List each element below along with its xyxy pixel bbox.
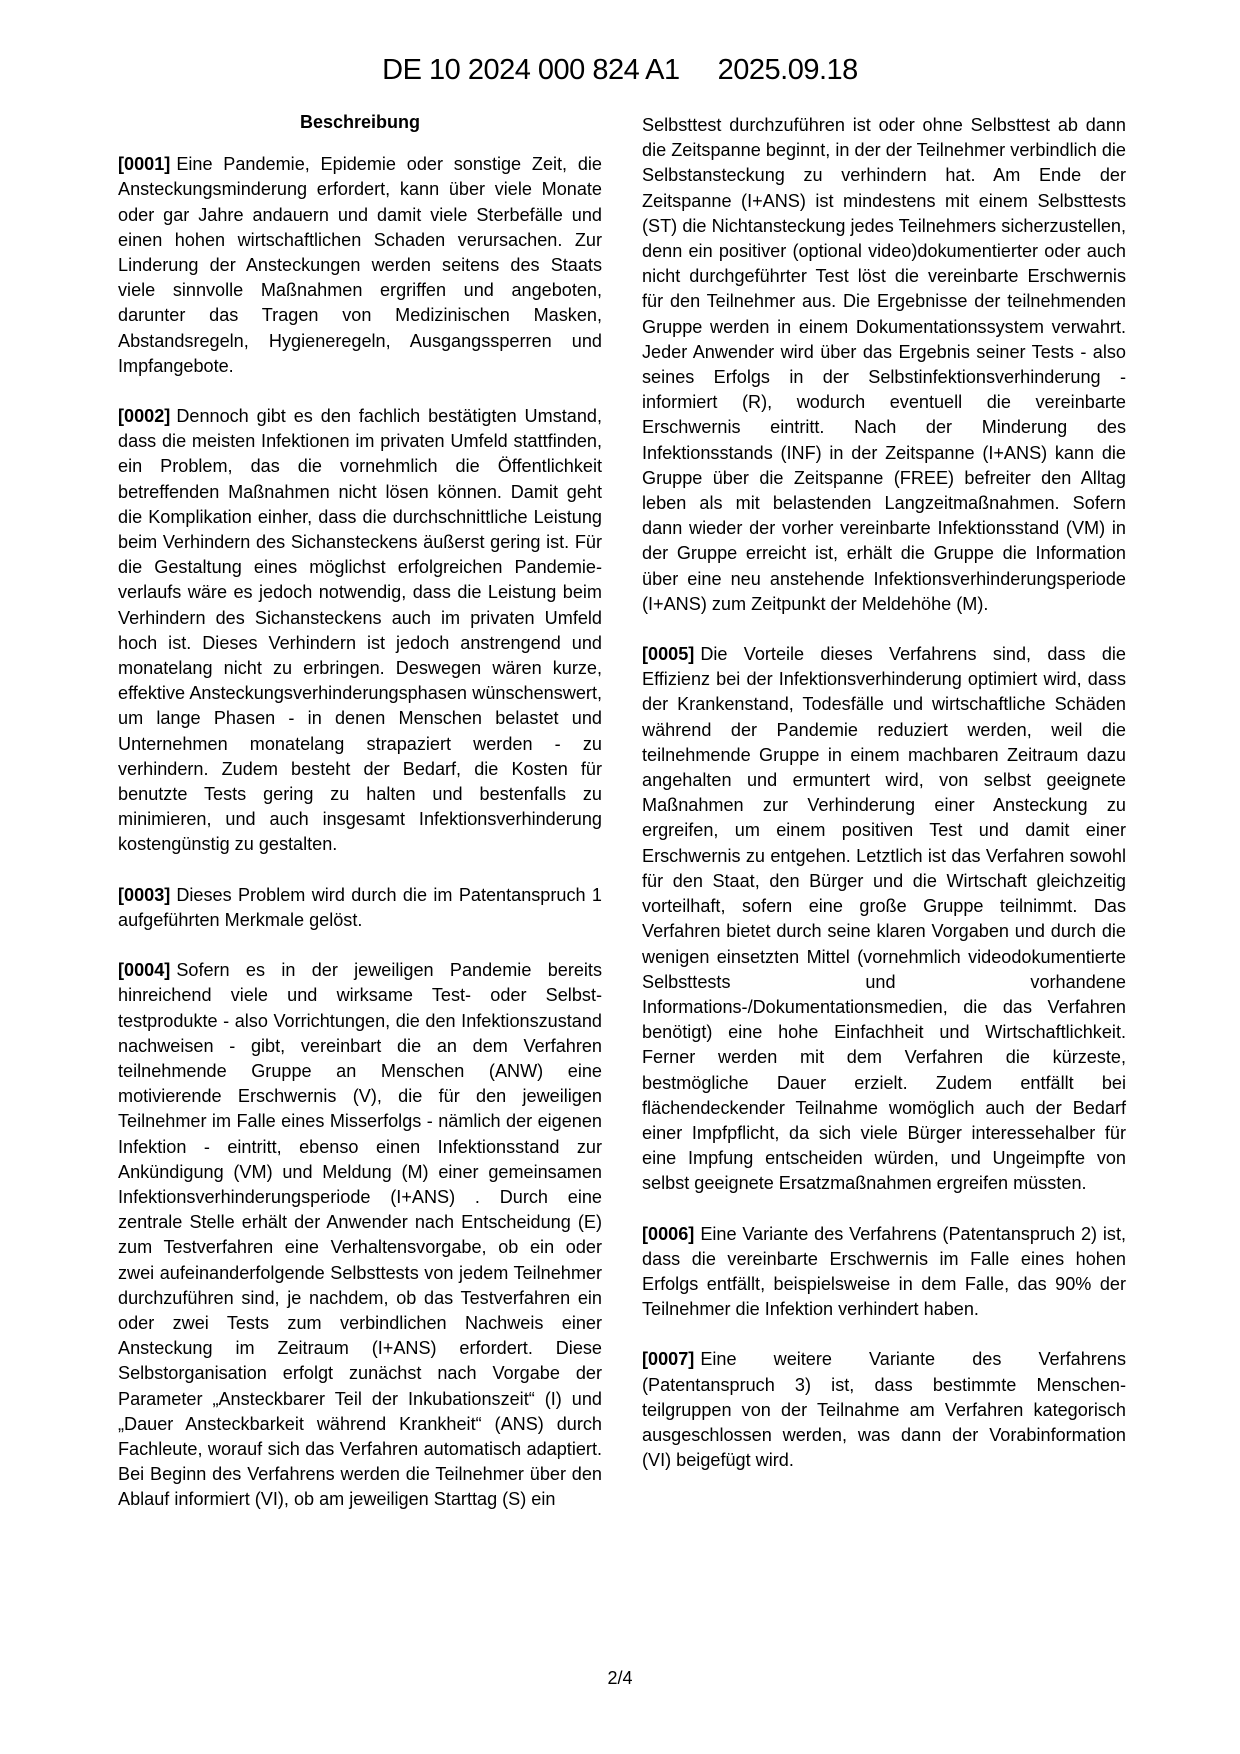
- paragraph-text: Dennoch gibt es den fachlich bestätigten…: [118, 406, 602, 854]
- paragraph-number: [0006]: [642, 1224, 694, 1244]
- publication-number: DE 10 2024 000 824 A1: [382, 54, 679, 87]
- publication-date: 2025.09.18: [718, 54, 858, 87]
- paragraph-number: [0005]: [642, 644, 694, 664]
- paragraph-number: [0004]: [118, 960, 170, 980]
- paragraph-0001: [0001]Eine Pandemie, Epidemie oder sonst…: [118, 152, 602, 379]
- paragraph-text: Die Vorteile dieses Verfahrens sind, das…: [642, 644, 1126, 1193]
- paragraph-number: [0002]: [118, 406, 170, 426]
- paragraph-number: [0007]: [642, 1349, 694, 1369]
- paragraph-text: Eine Variante des Verfahrens (Patentan­s…: [642, 1224, 1126, 1320]
- paragraph-0002: [0002]Dennoch gibt es den fachlich bestä…: [118, 404, 602, 858]
- paragraph-0006: [0006]Eine Variante des Verfahrens (Pate…: [642, 1222, 1126, 1323]
- document-header: DE 10 2024 000 824 A12025.09.18: [0, 54, 1240, 87]
- paragraph-text: Selbsttest durchzuführen ist oder ohne S…: [642, 115, 1126, 614]
- paragraph-0004: [0004]Sofern es in der jeweiligen Pandem…: [118, 958, 602, 1512]
- paragraph-number: [0001]: [118, 154, 170, 174]
- right-column: Selbsttest durchzuführen ist oder ohne S…: [642, 113, 1126, 1498]
- paragraph-text: Dieses Problem wird durch die im Patenta…: [118, 885, 602, 930]
- paragraph-0003: [0003]Dieses Problem wird durch die im P…: [118, 883, 602, 933]
- paragraph-0007: [0007]Eine weitere Variante des Verfahre…: [642, 1347, 1126, 1473]
- paragraph-text: Eine weitere Variante des Verfahrens (Pa…: [642, 1349, 1126, 1470]
- page-indicator: 2/4: [0, 1668, 1240, 1689]
- paragraph-0005: [0005]Die Vorteile dieses Verfahrens sin…: [642, 642, 1126, 1196]
- paragraph-text: Eine Pandemie, Epidemie oder sonstige Ze…: [118, 154, 602, 376]
- paragraph-0004-continuation: Selbsttest durchzuführen ist oder ohne S…: [642, 113, 1126, 617]
- section-title: Beschreibung: [118, 110, 602, 135]
- left-column: Beschreibung [0001]Eine Pandemie, Epidem…: [118, 110, 602, 1538]
- paragraph-text: Sofern es in der jeweiligen Pandemie ber…: [118, 960, 602, 1509]
- paragraph-number: [0003]: [118, 885, 170, 905]
